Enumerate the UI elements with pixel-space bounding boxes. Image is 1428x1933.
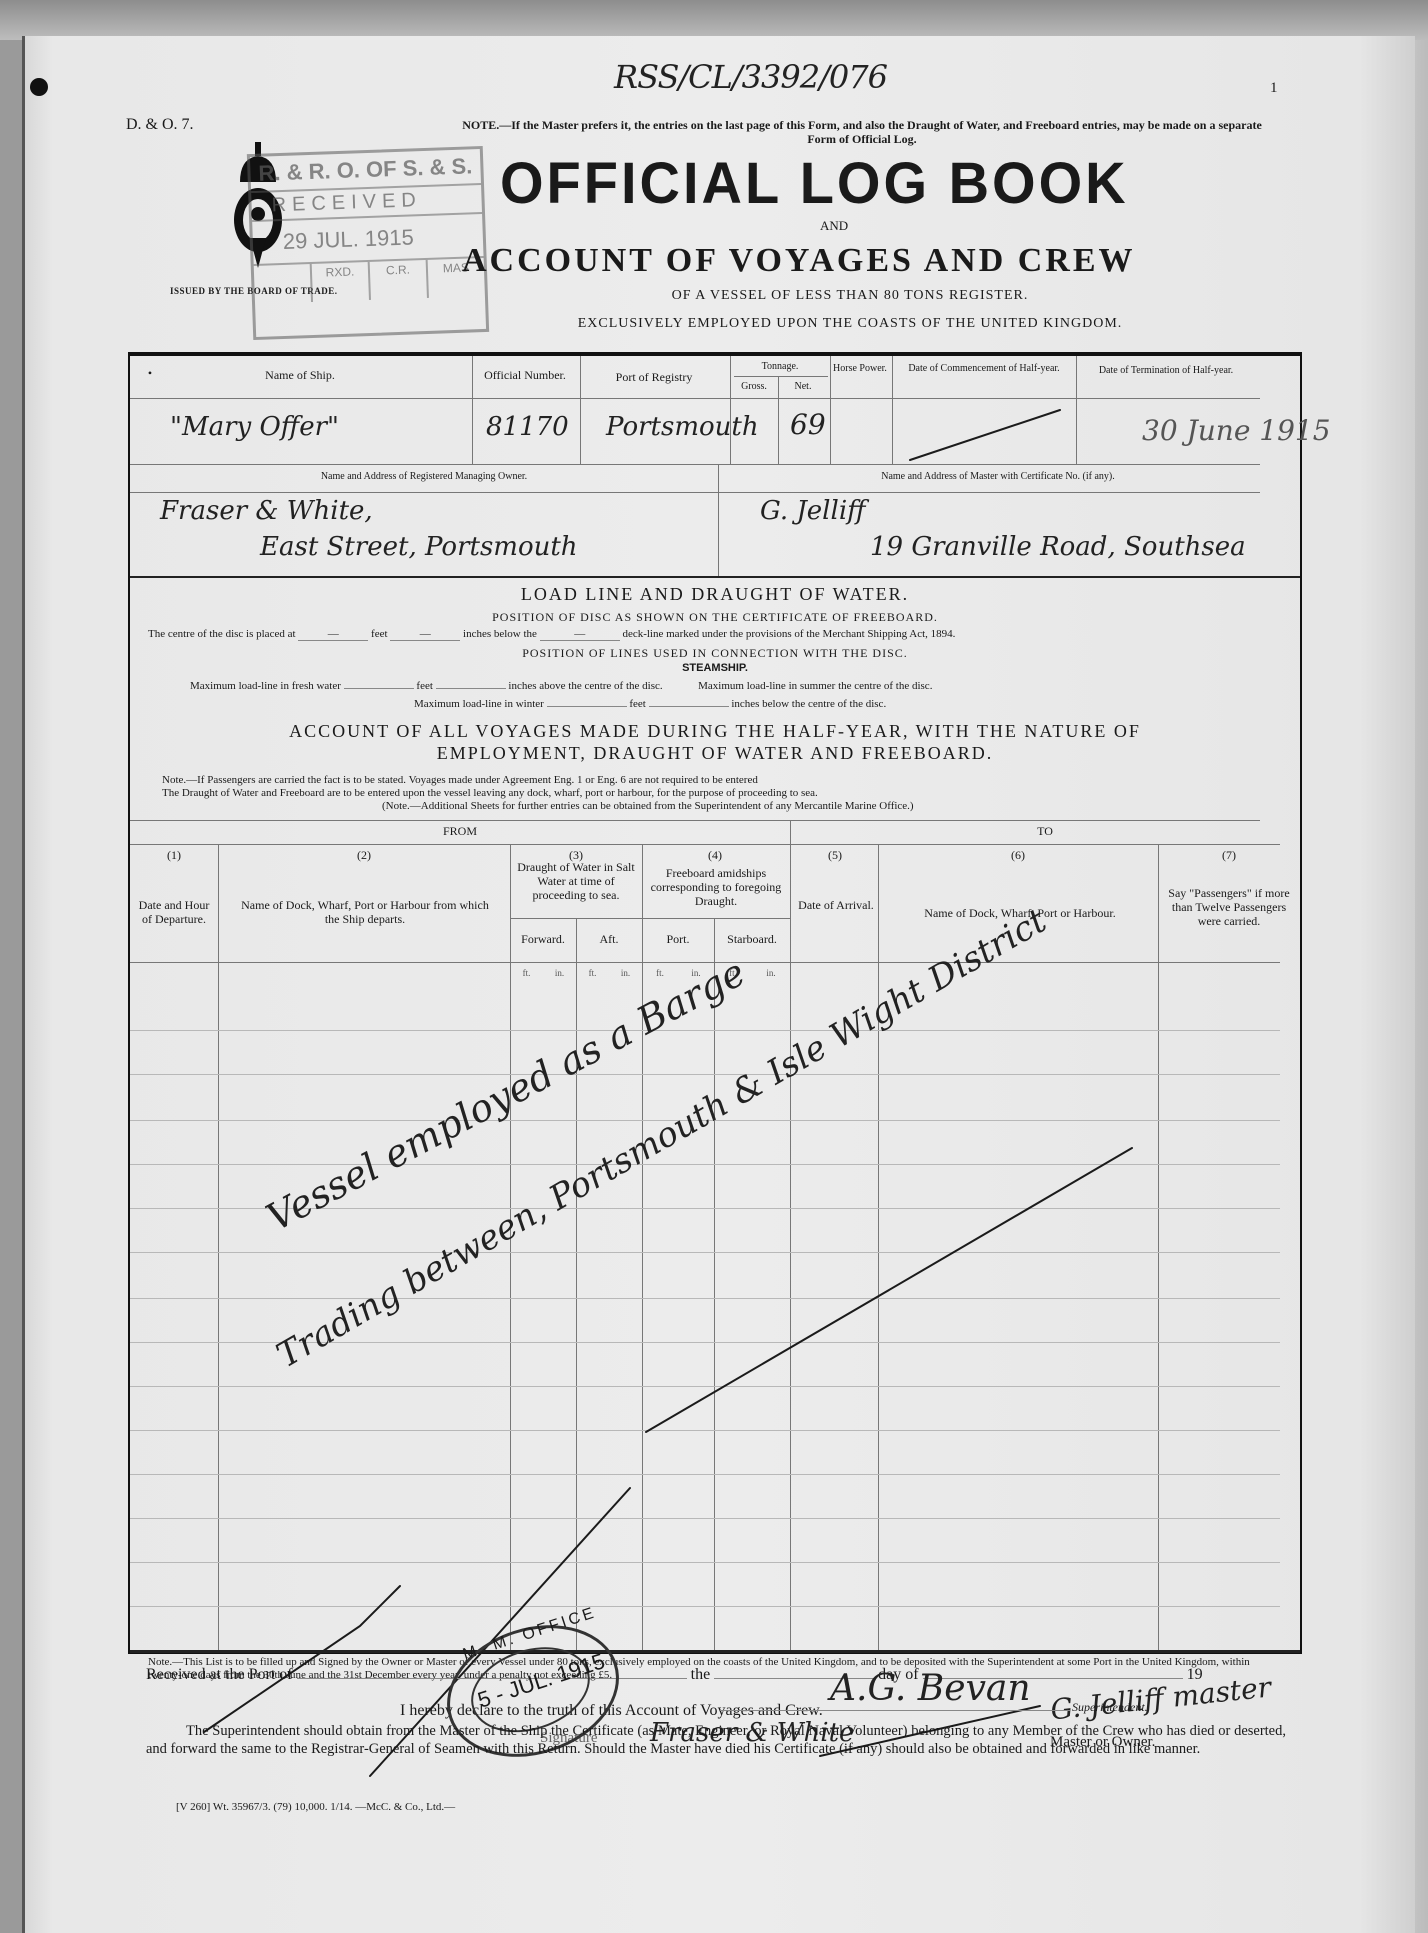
summer-text: Maximum load-line in summer the centre o… [698, 680, 932, 692]
received-stamp: R. & R. O. OF S. & S. RECEIVED 29 JUL. 1… [247, 146, 489, 340]
master-label: Name and Address of Master with Certific… [718, 470, 1278, 484]
superintendent-signature: A.G. Bevan [830, 1668, 1031, 1709]
archive-reference: RSS/CL/3392/076 [614, 58, 887, 96]
owner-label: Name and Address of Registered Managing … [130, 470, 718, 484]
fresh-text: inches above the centre of the disc. [508, 680, 662, 692]
master-value-line2: 19 Granville Road, Southsea [870, 532, 1246, 562]
subtitle-line2: OF A VESSEL OF LESS THAN 80 TONS REGISTE… [450, 288, 1250, 304]
year-prefix: 19 [1187, 1666, 1203, 1683]
header-termination: Date of Termination of Half-year. [1076, 364, 1256, 378]
printer-line: [V 260] Wt. 35967/3. (79) 10,000. 1/14. … [176, 1801, 455, 1813]
winter-text: inches below the centre of the disc. [731, 698, 886, 710]
the-label: the [691, 1666, 711, 1683]
voyages-notes: Note.—If Passengers are carried the fact… [162, 774, 914, 813]
col2-num: (2) [218, 848, 510, 862]
disc-title: POSITION OF DISC AS SHOWN ON THE CERTIFI… [130, 610, 1300, 625]
form-code: D. & O. 7. [126, 116, 194, 134]
lines-title: POSITION OF LINES USED IN CONNECTION WIT… [130, 646, 1300, 661]
page-number: 1 [1270, 80, 1278, 97]
disc-feet-field: — [298, 628, 368, 641]
col5-label: Date of Arrival. [794, 898, 878, 912]
to-label: TO [790, 824, 1300, 838]
header-name-of-ship: Name of Ship. [130, 368, 470, 382]
col3-label: Draught of Water in Salt Water at time o… [514, 860, 638, 902]
header-horse-power: Horse Power. [830, 362, 890, 376]
fresh-text: Maximum load-line in fresh water [190, 680, 341, 692]
stamp-cell: C.R. [370, 260, 429, 300]
received-at-label: Received at the Port of [146, 1666, 293, 1683]
stamp-cell: RXD. [312, 262, 371, 302]
header-note: NOTE.—If the Master prefers it, the entr… [452, 118, 1272, 146]
voyages-note2: The Draught of Water and Freeboard are t… [162, 787, 914, 800]
winter-line: Maximum load-line in winter feet inches … [414, 698, 886, 710]
form-frame: • Name of Ship. Official Number. Port of… [128, 352, 1302, 1654]
header-commencement: Date of Commencement of Half-year. [894, 362, 1074, 376]
stamp-cell [254, 264, 313, 304]
col1-label: Date and Hour of Departure. [134, 898, 214, 926]
col6-num: (6) [878, 848, 1158, 862]
header-port-of-registry: Port of Registry [580, 370, 728, 384]
page-subtitle: ACCOUNT OF VOYAGES AND CREW [462, 242, 1262, 280]
superintendent-signature-line [720, 1710, 1070, 1711]
disc-text: deck-line marked under the provisions of… [622, 628, 955, 640]
col7-label: Say "Passengers" if more than Twelve Pas… [1162, 886, 1296, 928]
voyages-title-line2: EMPLOYMENT, DRAUGHT OF WATER AND FREEBOA… [130, 742, 1300, 764]
voyages-note1: Note.—If Passengers are carried the fact… [162, 774, 914, 787]
disc-text: feet [371, 628, 387, 640]
col5-num: (5) [790, 848, 880, 862]
commencement-strike-line [900, 404, 1070, 464]
ship-name-value: "Mary Offer" [170, 412, 339, 442]
disc-position-line: The centre of the disc is placed at — fe… [148, 628, 955, 641]
disc-deck-field: — [540, 628, 620, 641]
voyages-title-line1: ACCOUNT OF ALL VOYAGES MADE DURING THE H… [130, 720, 1300, 742]
disc-text: inches below the [463, 628, 537, 640]
fresh-water-line: Maximum load-line in fresh water feet in… [190, 680, 932, 692]
col4-label: Freeboard amidships corresponding to for… [646, 866, 786, 908]
col2-label: Name of Dock, Wharf, Port or Harbour fro… [240, 898, 490, 926]
header-gross: Gross. [730, 380, 778, 394]
official-number-value: 81170 [486, 412, 569, 442]
owner-value-line2: East Street, Portsmouth [260, 532, 578, 562]
col1-num: (1) [130, 848, 218, 862]
port-of-registry-value: Portsmouth [606, 412, 759, 442]
load-line-title: LOAD LINE AND DRAUGHT OF WATER. [130, 584, 1300, 605]
termination-value: 30 June 1915 [1142, 414, 1331, 447]
subtitle-line3: EXCLUSIVELY EMPLOYED UPON THE COASTS OF … [450, 316, 1250, 332]
voyages-note3: (Note.—Additional Sheets for further ent… [162, 800, 914, 813]
disc-text: The centre of the disc is placed at [148, 628, 296, 640]
received-at-line: Received at the Port of the day of 19 [146, 1666, 1203, 1684]
page-title: OFFICIAL LOG BOOK [500, 148, 1200, 216]
col4-num: (4) [642, 848, 788, 862]
from-label: FROM [130, 824, 790, 838]
master-value-line1: G. Jelliff [760, 496, 866, 526]
net-tonnage-value: 69 [790, 408, 826, 441]
winter-text: Maximum load-line in winter [414, 698, 544, 710]
superintendent-label: Superintendent. [1072, 1700, 1148, 1715]
header-net: Net. [778, 380, 828, 394]
owner-value-line1: Fraser & White, [160, 496, 373, 526]
title-and: AND [820, 218, 848, 234]
fresh-text: feet [416, 680, 432, 692]
winter-text: feet [629, 698, 645, 710]
col7-num: (7) [1158, 848, 1300, 862]
superintendent-instructions: The Superintendent should obtain from th… [146, 1722, 1286, 1758]
scan-shadow [0, 0, 1428, 40]
disc-inches-field: — [390, 628, 460, 641]
voyages-title: ACCOUNT OF ALL VOYAGES MADE DURING THE H… [130, 720, 1300, 764]
header-official-number: Official Number. [472, 368, 578, 382]
steamship-label: STEAMSHIP. [130, 662, 1300, 674]
header-tonnage: Tonnage. [730, 360, 830, 374]
punch-hole [30, 78, 48, 96]
